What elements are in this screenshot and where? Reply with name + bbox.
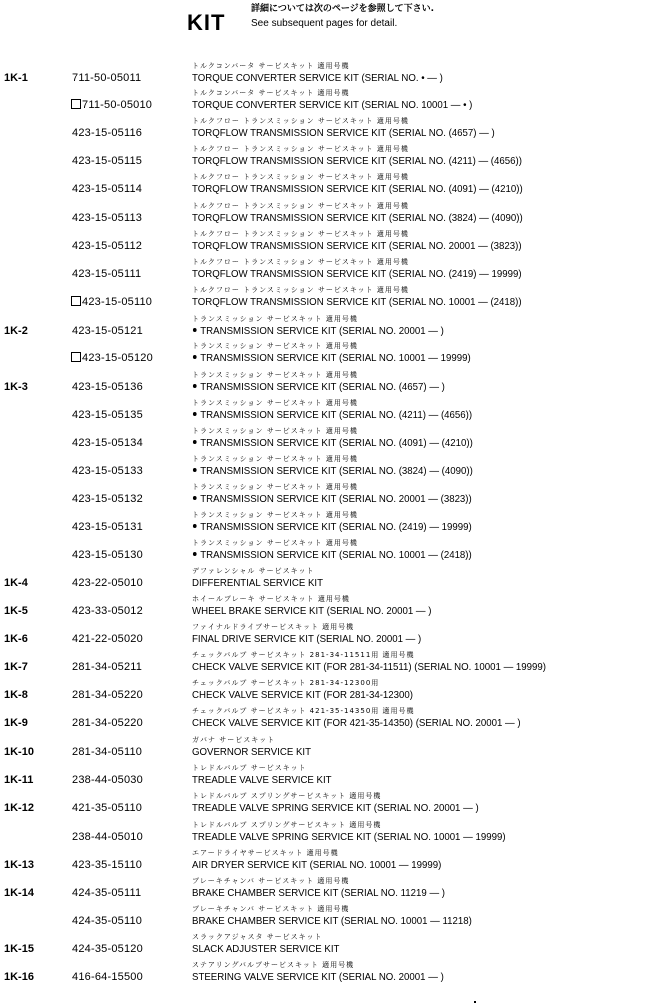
part-number: 423-15-05130 (72, 549, 143, 561)
kit-row: 423-15-05130トランスミッション サービスキット 適用号機TRANSM… (0, 535, 646, 563)
bullet-icon (193, 384, 197, 388)
description-english: TRANSMISSION SERVICE KIT (SERIAL NO. (42… (192, 409, 472, 421)
bullet-icon (193, 496, 197, 500)
kit-row: 423-15-05116トルクフロー トランスミッション サービスキット 適用号… (0, 113, 646, 141)
part-number-text: 423-15-05120 (82, 352, 153, 364)
description-english: TORQFLOW TRANSMISSION SERVICE KIT (SERIA… (192, 240, 522, 252)
item-number: 1K-16 (4, 971, 34, 983)
part-number: 423-33-05012 (72, 605, 143, 617)
description-english: DIFFERENTIAL SERVICE KIT (192, 577, 323, 589)
item-number: 1K-13 (4, 859, 34, 871)
part-number: 711-50-05011 (72, 72, 141, 84)
part-number-text: 423-15-05115 (72, 155, 142, 167)
kit-row: 1K-1711-50-05011トルクコンバータ サービスキット 適用号機TOR… (0, 58, 646, 86)
part-number-text: 423-15-05135 (72, 409, 143, 421)
part-number: 423-15-05133 (72, 465, 143, 477)
bullet-icon (193, 552, 197, 556)
square-marker-icon (71, 99, 81, 109)
item-number: 1K-4 (4, 577, 28, 589)
kit-row: 1K-16416-64-15500ステアリングバルブサービスキット 適用号機ST… (0, 957, 646, 985)
kit-row: 423-15-05132トランスミッション サービスキット 適用号機TRANSM… (0, 479, 646, 507)
kit-row: 1K-15424-35-05120スラックアジャスタ サービスキットSLACK … (0, 929, 646, 957)
description-japanese: トルクフロー トランスミッション サービスキット 適用号機 (192, 116, 409, 126)
kit-row: 423-15-05133トランスミッション サービスキット 適用号機TRANSM… (0, 451, 646, 479)
kit-row: 1K-13423-35-15110エアードライヤサービスキット 適用号機AIR … (0, 845, 646, 873)
description-english: TRANSMISSION SERVICE KIT (SERIAL NO. (46… (192, 381, 445, 393)
part-number-text: 423-15-05111 (72, 268, 141, 280)
description-text: TORQUE CONVERTER SERVICE KIT (SERIAL NO.… (192, 99, 472, 111)
item-number: 1K-7 (4, 661, 28, 673)
description-text: TORQFLOW TRANSMISSION SERVICE KIT (SERIA… (192, 296, 522, 308)
kit-row: 423-15-05110トルクフロー トランスミッション サービスキット 適用号… (0, 282, 646, 310)
description-japanese: トルクコンバータ サービスキット 適用号機 (192, 61, 350, 71)
description-text: TORQFLOW TRANSMISSION SERVICE KIT (SERIA… (192, 183, 523, 195)
part-number: 423-15-05136 (72, 381, 143, 393)
description-text: TRANSMISSION SERVICE KIT (SERIAL NO. (42… (200, 409, 472, 421)
description-text: TREADLE VALVE SPRING SERVICE KIT (SERIAL… (192, 831, 506, 843)
part-number-text: 423-33-05012 (72, 605, 143, 617)
square-marker-icon (71, 352, 81, 362)
part-number: 423-15-05115 (72, 155, 142, 167)
description-japanese: ホイールブレーキ サービスキット 適用号機 (192, 594, 350, 604)
description-english: TORQFLOW TRANSMISSION SERVICE KIT (SERIA… (192, 155, 522, 167)
kit-row: 423-15-05114トルクフロー トランスミッション サービスキット 適用号… (0, 169, 646, 197)
description-japanese: ステアリングバルブサービスキット 適用号機 (192, 960, 354, 970)
kit-row: 1K-8281-34-05220チェックバルブ サービスキット 281-34-1… (0, 675, 646, 703)
part-number-text: 424-35-05110 (72, 915, 142, 927)
kit-row: 238-44-05010トレドルバルブ スプリングサービスキット 適用号機TRE… (0, 817, 646, 845)
description-english: TREADLE VALVE SPRING SERVICE KIT (SERIAL… (192, 802, 479, 814)
description-japanese: エアードライヤサービスキット 適用号機 (192, 848, 339, 858)
kit-row: 1K-2423-15-05121トランスミッション サービスキット 適用号機TR… (0, 311, 646, 339)
kit-row: 423-15-05131トランスミッション サービスキット 適用号機TRANSM… (0, 507, 646, 535)
part-number: 423-15-05111 (72, 268, 141, 280)
part-number-text: 423-15-05116 (72, 127, 142, 139)
part-number-text: 711-50-05010 (82, 99, 152, 111)
part-number: 424-35-05111 (72, 887, 141, 899)
description-japanese: チェックバルブ サービスキット 421-35-14350用 適用号機 (192, 706, 415, 716)
kit-row: 1K-7281-34-05211チェックバルブ サービスキット 281-34-1… (0, 647, 646, 675)
description-english: CHECK VALVE SERVICE KIT (FOR 281-34-1151… (192, 661, 546, 673)
part-number: 423-15-05121 (72, 325, 143, 337)
bullet-icon (193, 412, 197, 416)
part-number: 423-15-05116 (72, 127, 142, 139)
description-english: AIR DRYER SERVICE KIT (SERIAL NO. 10001 … (192, 859, 441, 871)
part-number-text: 238-44-05030 (72, 774, 143, 786)
description-text: GOVERNOR SERVICE KIT (192, 746, 311, 758)
kit-row: 1K-11238-44-05030トレドルバルブ サービスキットTREADLE … (0, 760, 646, 788)
description-japanese: トランスミッション サービスキット 適用号機 (192, 482, 358, 492)
part-number: 423-15-05134 (72, 437, 143, 449)
part-number-text: 421-22-05020 (72, 633, 143, 645)
description-japanese: トレドルバルブ スプリングサービスキット 適用号機 (192, 820, 381, 830)
part-number-text: 281-34-05211 (72, 661, 142, 673)
part-number-text: 423-35-15110 (72, 859, 142, 871)
description-english: CHECK VALVE SERVICE KIT (FOR 281-34-1230… (192, 689, 413, 701)
description-english: STEERING VALVE SERVICE KIT (SERIAL NO. 2… (192, 971, 444, 983)
part-number: 423-15-05113 (72, 212, 142, 224)
description-text: WHEEL BRAKE SERVICE KIT (SERIAL NO. 2000… (192, 605, 431, 617)
description-text: CHECK VALVE SERVICE KIT (FOR 281-34-1230… (192, 689, 413, 701)
description-english: BRAKE CHAMBER SERVICE KIT (SERIAL NO. 10… (192, 915, 472, 927)
description-japanese: ブレーキチャンバ サービスキット 適用号機 (192, 904, 349, 914)
part-number-text: 424-35-05120 (72, 943, 143, 955)
description-english: TORQFLOW TRANSMISSION SERVICE KIT (SERIA… (192, 296, 522, 308)
part-number-text: 281-34-05220 (72, 689, 143, 701)
description-japanese: トランスミッション サービスキット 適用号機 (192, 510, 358, 520)
note-english: See subsequent pages for detail. (251, 18, 397, 29)
description-english: TRANSMISSION SERVICE KIT (SERIAL NO. (38… (192, 465, 473, 477)
description-japanese: トルクフロー トランスミッション サービスキット 適用号機 (192, 257, 409, 267)
part-number-text: 424-35-05111 (72, 887, 141, 899)
description-text: TORQFLOW TRANSMISSION SERVICE KIT (SERIA… (192, 268, 522, 280)
description-english: TORQFLOW TRANSMISSION SERVICE KIT (SERIA… (192, 268, 522, 280)
description-text: TRANSMISSION SERVICE KIT (SERIAL NO. 200… (200, 493, 471, 505)
item-number: 1K-11 (4, 774, 33, 786)
description-japanese: トランスミッション サービスキット 適用号機 (192, 314, 358, 324)
part-number: 281-34-05110 (72, 746, 142, 758)
part-number-text: 423-15-05114 (72, 183, 142, 195)
item-number: 1K-3 (4, 381, 28, 393)
description-japanese: トルクフロー トランスミッション サービスキット 適用号機 (192, 229, 409, 239)
square-marker-icon (71, 296, 81, 306)
item-number: 1K-1 (4, 72, 28, 84)
part-number-text: 281-34-05220 (72, 717, 143, 729)
description-english: TREADLE VALVE SPRING SERVICE KIT (SERIAL… (192, 831, 506, 843)
description-english: FINAL DRIVE SERVICE KIT (SERIAL NO. 2000… (192, 633, 421, 645)
description-english: TRANSMISSION SERVICE KIT (SERIAL NO. 100… (192, 352, 471, 364)
description-japanese: トランスミッション サービスキット 適用号機 (192, 454, 358, 464)
description-japanese: トランスミッション サービスキット 適用号機 (192, 398, 358, 408)
kit-row: 423-15-05112トルクフロー トランスミッション サービスキット 適用号… (0, 226, 646, 254)
page-title: KIT (187, 10, 225, 36)
description-english: TORQFLOW TRANSMISSION SERVICE KIT (SERIA… (192, 212, 523, 224)
description-japanese: トランスミッション サービスキット 適用号機 (192, 538, 358, 548)
kit-row: 1K-10281-34-05110ガバナ サービスキットGOVERNOR SER… (0, 732, 646, 760)
part-number: 281-34-05220 (72, 717, 143, 729)
description-text: BRAKE CHAMBER SERVICE KIT (SERIAL NO. 11… (192, 887, 445, 899)
kit-row: 1K-4423-22-05010デファレンシャル サービスキットDIFFEREN… (0, 563, 646, 591)
description-text: TRANSMISSION SERVICE KIT (SERIAL NO. 200… (200, 325, 444, 337)
description-japanese: トルクフロー トランスミッション サービスキット 適用号機 (192, 285, 409, 295)
part-number-text: 416-64-15500 (72, 971, 143, 983)
description-japanese: トランスミッション サービスキット 適用号機 (192, 341, 358, 351)
part-number-text: 423-15-05133 (72, 465, 143, 477)
item-number: 1K-14 (4, 887, 34, 899)
part-number: 238-44-05030 (72, 774, 143, 786)
description-text: TRANSMISSION SERVICE KIT (SERIAL NO. 100… (200, 549, 471, 561)
description-text: TORQFLOW TRANSMISSION SERVICE KIT (SERIA… (192, 212, 523, 224)
description-japanese: ブレーキチャンバ サービスキット 適用号機 (192, 876, 349, 886)
description-english: TORQUE CONVERTER SERVICE KIT (SERIAL NO.… (192, 72, 443, 84)
description-text: TRANSMISSION SERVICE KIT (SERIAL NO. (38… (200, 465, 473, 477)
kit-row: 423-15-05115トルクフロー トランスミッション サービスキット 適用号… (0, 141, 646, 169)
part-number: 423-15-05135 (72, 409, 143, 421)
kit-row: 423-15-05134トランスミッション サービスキット 適用号機TRANSM… (0, 423, 646, 451)
description-english: TRANSMISSION SERVICE KIT (SERIAL NO. (40… (192, 437, 473, 449)
item-number: 1K-6 (4, 633, 28, 645)
kit-row: 1K-6421-22-05020ファイナルドライブサービスキット 適用号機FIN… (0, 619, 646, 647)
part-number: 423-15-05112 (72, 240, 142, 252)
kit-row: 1K-5423-33-05012ホイールブレーキ サービスキット 適用号機WHE… (0, 591, 646, 619)
description-english: GOVERNOR SERVICE KIT (192, 746, 311, 758)
description-text: TORQUE CONVERTER SERVICE KIT (SERIAL NO.… (192, 72, 443, 84)
description-text: TREADLE VALVE SPRING SERVICE KIT (SERIAL… (192, 802, 479, 814)
description-japanese: スラックアジャスタ サービスキット (192, 932, 323, 942)
bullet-icon (193, 524, 197, 528)
description-english: CHECK VALVE SERVICE KIT (FOR 421-35-1435… (192, 717, 521, 729)
description-text: FINAL DRIVE SERVICE KIT (SERIAL NO. 2000… (192, 633, 421, 645)
part-number-text: 423-15-05113 (72, 212, 142, 224)
kit-row: 423-15-05135トランスミッション サービスキット 適用号機TRANSM… (0, 395, 646, 423)
kit-row: 424-35-05110ブレーキチャンバ サービスキット 適用号機BRAKE C… (0, 901, 646, 929)
page-header: KIT 詳細については次のページを参照して下さい. See subsequent… (0, 0, 646, 40)
part-number: 238-44-05010 (72, 831, 143, 843)
item-number: 1K-2 (4, 325, 28, 337)
description-japanese: トランスミッション サービスキット 適用号機 (192, 370, 358, 380)
description-japanese: トルクコンバータ サービスキット 適用号機 (192, 88, 350, 98)
description-text: CHECK VALVE SERVICE KIT (FOR 281-34-1151… (192, 661, 546, 673)
part-number-text: 423-15-05131 (72, 521, 143, 533)
description-text: AIR DRYER SERVICE KIT (SERIAL NO. 10001 … (192, 859, 441, 871)
part-number: 424-35-05110 (72, 915, 142, 927)
part-number: 423-15-05131 (72, 521, 143, 533)
description-text: TRANSMISSION SERVICE KIT (SERIAL NO. (24… (200, 521, 471, 533)
part-number-text: 423-22-05010 (72, 577, 143, 589)
part-number-text: 423-15-05121 (72, 325, 143, 337)
part-number: 423-15-05114 (72, 183, 142, 195)
part-number: 421-35-05110 (72, 802, 142, 814)
description-english: TRANSMISSION SERVICE KIT (SERIAL NO. (24… (192, 521, 472, 533)
description-text: BRAKE CHAMBER SERVICE KIT (SERIAL NO. 10… (192, 915, 472, 927)
description-japanese: トランスミッション サービスキット 適用号機 (192, 426, 358, 436)
description-text: TRANSMISSION SERVICE KIT (SERIAL NO. (46… (200, 381, 445, 393)
bullet-icon (193, 440, 197, 444)
description-english: TORQFLOW TRANSMISSION SERVICE KIT (SERIA… (192, 127, 495, 139)
description-english: TRANSMISSION SERVICE KIT (SERIAL NO. 100… (192, 549, 472, 561)
description-text: TORQFLOW TRANSMISSION SERVICE KIT (SERIA… (192, 240, 522, 252)
description-japanese: チェックバルブ サービスキット 281-34-12300用 (192, 678, 379, 688)
kit-row: 1K-9281-34-05220チェックバルブ サービスキット 421-35-1… (0, 703, 646, 731)
part-number: 423-15-05120 (71, 352, 153, 364)
description-text: TRANSMISSION SERVICE KIT (SERIAL NO. (40… (200, 437, 473, 449)
description-japanese: トルクフロー トランスミッション サービスキット 適用号機 (192, 144, 409, 154)
item-number: 1K-9 (4, 717, 28, 729)
scan-speck (474, 1001, 476, 1003)
description-english: WHEEL BRAKE SERVICE KIT (SERIAL NO. 2000… (192, 605, 431, 617)
part-number: 423-22-05010 (72, 577, 143, 589)
description-text: TRANSMISSION SERVICE KIT (SERIAL NO. 100… (200, 352, 470, 364)
kit-row: 1K-12421-35-05110トレドルバルブ スプリングサービスキット 適用… (0, 788, 646, 816)
description-japanese: ファイナルドライブサービスキット 適用号機 (192, 622, 354, 632)
description-japanese: チェックバルブ サービスキット 281-34-11511用 適用号機 (192, 650, 415, 660)
part-number-text: 281-34-05110 (72, 746, 142, 758)
part-number: 423-15-05132 (72, 493, 143, 505)
description-english: TORQUE CONVERTER SERVICE KIT (SERIAL NO.… (192, 99, 472, 111)
part-number-text: 421-35-05110 (72, 802, 142, 814)
description-english: TREADLE VALVE SERVICE KIT (192, 774, 332, 786)
description-text: TORQFLOW TRANSMISSION SERVICE KIT (SERIA… (192, 155, 522, 167)
part-number-text: 423-15-05110 (82, 296, 152, 308)
description-english: BRAKE CHAMBER SERVICE KIT (SERIAL NO. 11… (192, 887, 445, 899)
description-text: STEERING VALVE SERVICE KIT (SERIAL NO. 2… (192, 971, 444, 983)
description-japanese: トレドルバルブ スプリングサービスキット 適用号機 (192, 791, 381, 801)
note-japanese: 詳細については次のページを参照して下さい. (251, 1, 434, 14)
part-number-text: 423-15-05130 (72, 549, 143, 561)
description-japanese: ガバナ サービスキット (192, 735, 275, 745)
description-text: CHECK VALVE SERVICE KIT (FOR 421-35-1435… (192, 717, 521, 729)
part-number-text: 423-15-05112 (72, 240, 142, 252)
part-number: 424-35-05120 (72, 943, 143, 955)
part-number: 421-22-05020 (72, 633, 143, 645)
part-number-text: 423-15-05134 (72, 437, 143, 449)
part-number-text: 423-15-05136 (72, 381, 143, 393)
bullet-icon (193, 328, 197, 332)
part-number-text: 238-44-05010 (72, 831, 143, 843)
part-number: 423-35-15110 (72, 859, 142, 871)
item-number: 1K-15 (4, 943, 34, 955)
description-japanese: デファレンシャル サービスキット (192, 566, 314, 576)
description-english: SLACK ADJUSTER SERVICE KIT (192, 943, 339, 955)
part-number: 281-34-05211 (72, 661, 142, 673)
item-number: 1K-8 (4, 689, 28, 701)
description-text: SLACK ADJUSTER SERVICE KIT (192, 943, 339, 955)
description-text: DIFFERENTIAL SERVICE KIT (192, 577, 323, 589)
part-number: 423-15-05110 (71, 296, 152, 308)
description-japanese: トレドルバルブ サービスキット (192, 763, 307, 773)
part-number-text: 423-15-05132 (72, 493, 143, 505)
description-english: TRANSMISSION SERVICE KIT (SERIAL NO. 200… (192, 325, 444, 337)
description-text: TREADLE VALVE SERVICE KIT (192, 774, 332, 786)
item-number: 1K-5 (4, 605, 28, 617)
item-number: 1K-10 (4, 746, 34, 758)
item-number: 1K-12 (4, 802, 34, 814)
kit-row: 1K-14424-35-05111ブレーキチャンバ サービスキット 適用号機BR… (0, 873, 646, 901)
bullet-icon (193, 355, 197, 359)
part-number: 416-64-15500 (72, 971, 143, 983)
part-number-text: 711-50-05011 (72, 72, 141, 84)
part-number: 711-50-05010 (71, 99, 152, 111)
kit-row: 1K-3423-15-05136トランスミッション サービスキット 適用号機TR… (0, 367, 646, 395)
part-number: 281-34-05220 (72, 689, 143, 701)
bullet-icon (193, 468, 197, 472)
description-english: TRANSMISSION SERVICE KIT (SERIAL NO. 200… (192, 493, 472, 505)
kit-row: 711-50-05010トルクコンバータ サービスキット 適用号機TORQUE … (0, 85, 646, 113)
kit-row: 423-15-05111トルクフロー トランスミッション サービスキット 適用号… (0, 254, 646, 282)
description-japanese: トルクフロー トランスミッション サービスキット 適用号機 (192, 201, 409, 211)
description-english: TORQFLOW TRANSMISSION SERVICE KIT (SERIA… (192, 183, 523, 195)
description-japanese: トルクフロー トランスミッション サービスキット 適用号機 (192, 172, 409, 182)
description-text: TORQFLOW TRANSMISSION SERVICE KIT (SERIA… (192, 127, 495, 139)
kit-row: 423-15-05120トランスミッション サービスキット 適用号機TRANSM… (0, 338, 646, 366)
kit-row: 423-15-05113トルクフロー トランスミッション サービスキット 適用号… (0, 198, 646, 226)
